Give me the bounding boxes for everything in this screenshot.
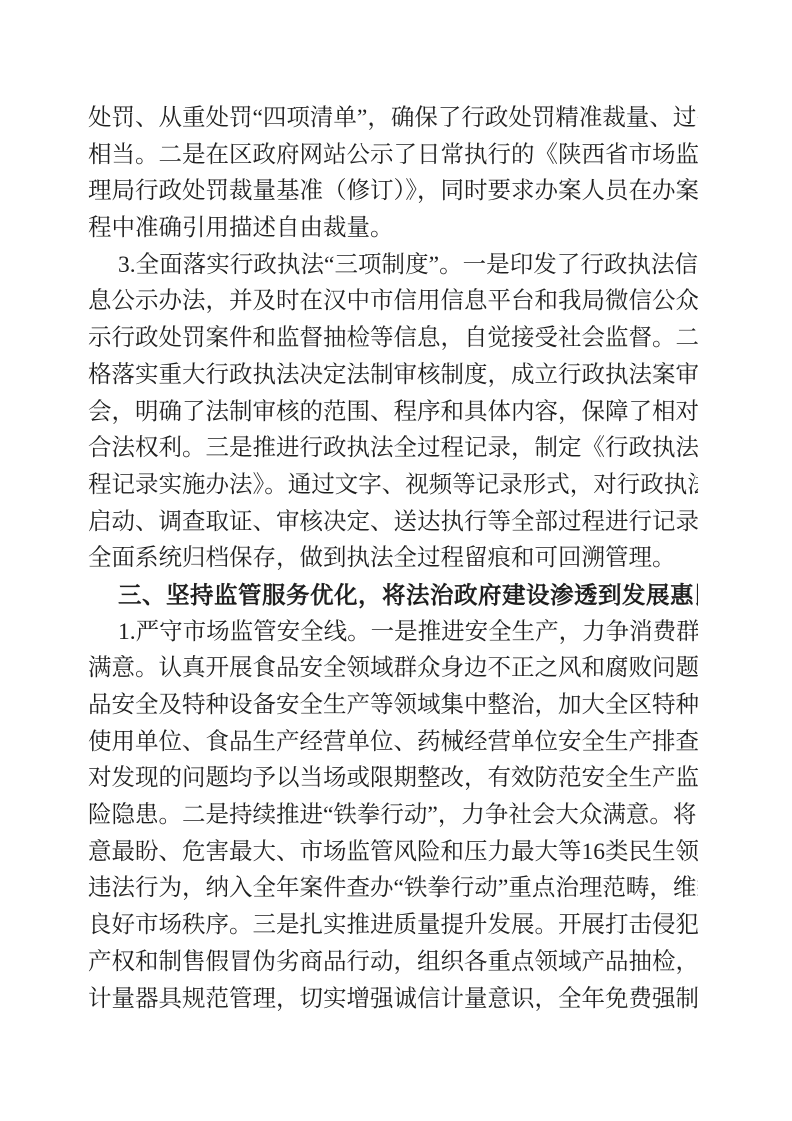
text-line: 启动、调查取证、审核决定、送达执行等全部过程进行记录，并 xyxy=(88,504,698,541)
text-line: 处罚、从重处罚“四项清单”，确保了行政处罚精准裁量、过罚 xyxy=(88,100,698,137)
text-line: 计量器具规范管理，切实增强诚信计量意识，全年免费强制检定 xyxy=(88,981,698,1018)
text-line: 品安全及特种设备安全生产等领域集中整治，加大全区特种设备 xyxy=(88,687,698,724)
heading-line: 三、坚持监管服务优化，将法治政府建设渗透到发展惠民中 xyxy=(88,577,698,614)
text-line: 违法行为，纳入全年案件查办“铁拳行动”重点治理范畴，维护 xyxy=(88,870,698,907)
document-page: 处罚、从重处罚“四项清单”，确保了行政处罚精准裁量、过罚 相当。二是在区政府网站… xyxy=(0,0,792,1121)
section-heading-three: 三、坚持监管服务优化，将法治政府建设渗透到发展惠民中 xyxy=(88,577,698,614)
paragraph-market-safety: 1.严守市场监管安全线。一是推进安全生产，力争消费群体 满意。认真开展食品安全领… xyxy=(88,614,698,1018)
text-line: 示行政处罚案件和监督抽检等信息，自觉接受社会监督。二是严 xyxy=(88,320,698,357)
text-line: 程记录实施办法》。通过文字、视频等记录形式，对行政执法的 xyxy=(88,467,698,504)
text-line: 险隐患。二是持续推进“铁拳行动”，力争社会大众满意。将民 xyxy=(88,797,698,834)
text-line: 程中准确引用描述自由裁量。 xyxy=(88,210,698,247)
text-line: 1.严守市场监管安全线。一是推进安全生产，力争消费群体 xyxy=(88,614,698,651)
text-line: 满意。认真开展食品安全领域群众身边不正之风和腐败问题、药 xyxy=(88,650,698,687)
paragraph-penalty-lists: 处罚、从重处罚“四项清单”，确保了行政处罚精准裁量、过罚 相当。二是在区政府网站… xyxy=(88,100,698,247)
text-line: 意最盼、危害最大、市场监管风险和压力最大等16类民生领域 xyxy=(88,834,698,871)
text-line: 会，明确了法制审核的范围、程序和具体内容，保障了相对人的 xyxy=(88,394,698,431)
text-line: 3.全面落实行政执法“三项制度”。一是印发了行政执法信 xyxy=(88,247,698,284)
text-line: 合法权利。三是推进行政执法全过程记录，制定《行政执法全过 xyxy=(88,430,698,467)
text-line: 全面系统归档保存，做到执法全过程留痕和可回溯管理。 xyxy=(88,540,698,577)
paragraph-three-systems: 3.全面落实行政执法“三项制度”。一是印发了行政执法信 息公示办法，并及时在汉中… xyxy=(88,247,698,577)
text-line: 使用单位、食品生产经营单位、药械经营单位安全生产排查整治， xyxy=(88,724,698,761)
text-column: 处罚、从重处罚“四项清单”，确保了行政处罚精准裁量、过罚 相当。二是在区政府网站… xyxy=(88,100,698,1017)
text-line: 格落实重大行政执法决定法制审核制度，成立行政执法案审委员 xyxy=(88,357,698,394)
text-line: 良好市场秩序。三是扎实推进质量提升发展。开展打击侵犯知识 xyxy=(88,907,698,944)
text-line: 息公示办法，并及时在汉中市信用信息平台和我局微信公众号公 xyxy=(88,283,698,320)
text-line: 理局行政处罚裁量基准（修订）》，同时要求办案人员在办案过 xyxy=(88,173,698,210)
text-line: 相当。二是在区政府网站公示了日常执行的《陕西省市场监督管 xyxy=(88,137,698,174)
text-line: 产权和制售假冒伪劣商品行动，组织各重点领域产品抽检，加强 xyxy=(88,944,698,981)
text-line: 对发现的问题均予以当场或限期整改，有效防范安全生产监管风 xyxy=(88,760,698,797)
